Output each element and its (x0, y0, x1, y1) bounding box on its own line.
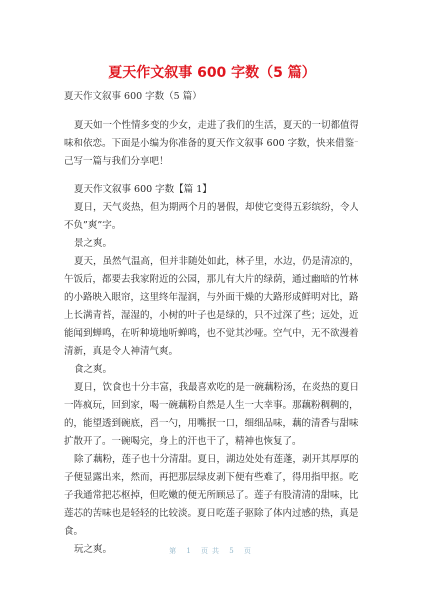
body-line: 除了藕粉，莲子也十分清甜。夏日，湖边处处有莲蓬，剥开其厚厚的皮，莲 (64, 451, 358, 469)
intro-line: 夏天如一个性情多变的少女，走进了我们的生活，夏天的一切都值得让人回 (64, 117, 358, 135)
body-line: 夏日，天气炎热，但为期两个月的暑假，却使它变得五彩缤纷，令人欢快， (64, 199, 358, 217)
page-number-footer: 第 1 页共 5 页 (0, 546, 424, 556)
body-line: 能闻到蝉鸣，在听种境地听蝉鸣，也不觉其沙哑。空气中，无不欲漫着凉爽与 (64, 325, 358, 343)
body-line: 午饭后，都要去我家附近的公园，那儿有大片的绿荫，通过幽暗的竹林，石铺 (64, 271, 358, 289)
document-page: 夏天作文叙事 600 字数（5 篇） 夏天作文叙事 600 字数（5 篇） 夏天… (0, 0, 424, 600)
intro-line: 己写一篇与我们分享吧！ (64, 153, 358, 171)
body-line: 一阵疯玩，回到家，喝一碗藕粉自然是人生一大幸事。那藕粉稠稠的，粉粉 (64, 397, 358, 415)
body-line: 子便显露出来，然而，再把那层绿皮剥下便有些难了，得用指甲抠。吃老的莲 (64, 469, 358, 487)
body-line: 的，能望透到碗底，舀一勺，用嘴抿一口，细细品味，藕的清香与甜味在口中 (64, 415, 358, 433)
document-subtitle: 夏天作文叙事 600 字数（5 篇） (64, 88, 202, 102)
body-line: 食。 (64, 523, 358, 541)
body-line: 扩散开了。一碗喝完，身上的汗也干了，精神也恢复了。 (64, 433, 358, 451)
essay-heading: 夏天作文叙事 600 字数【篇 1】 (64, 181, 358, 199)
essay-body: 夏天作文叙事 600 字数【篇 1】夏日，天气炎热，但为期两个月的暑假，却使它变… (64, 181, 358, 559)
body-line: 夏日，饮食也十分丰富，我最喜欢吃的是一碗藕粉汤，在炎热的夏日，经过 (64, 379, 358, 397)
body-line: 的小路映入眼帘，这里终年湿润，与外面干燥的大路形成鲜明对比，路旁石头 (64, 289, 358, 307)
body-line: 食之爽。 (64, 361, 358, 379)
body-line: 不负”爽”字。 (64, 217, 358, 235)
intro-paragraph: 夏天如一个性情多变的少女，走进了我们的生活，夏天的一切都值得让人回 味和依恋。下… (64, 117, 358, 171)
body-line: 夏天，虽然气温高，但并非随处如此，林子里，水边，仍是清凉的，我每天 (64, 253, 358, 271)
document-title: 夏天作文叙事 600 字数（5 篇） (0, 62, 424, 82)
body-line: 子我通常把芯枢掉，但吃嫩的便无所顾忌了。莲子有股清清的甜味，比较淡， (64, 487, 358, 505)
body-line: 景之爽。 (64, 235, 358, 253)
body-line: 上长满青苔，湿湿的，小树的叶子也是绿的，只不过深了些；远处，近处，都 (64, 307, 358, 325)
body-line: 莲芯的苦味也是轻轻的比较淡。夏日吃莲子驱除了体内过感的热，真是爽口美 (64, 505, 358, 523)
intro-line: 味和依恋。下面是小编为你准备的夏天作文叙事 600 字数，快来借鉴一下并自 (64, 135, 358, 153)
body-line: 清新，真是令人神清气爽。 (64, 343, 358, 361)
